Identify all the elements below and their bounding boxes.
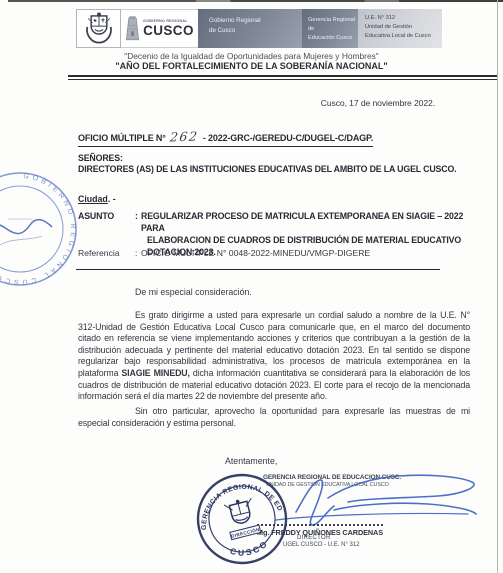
left-stamp-signature-stroke xyxy=(0,220,52,234)
body-paragraph-1: Es grato dirigirme a usted para expresar… xyxy=(78,310,470,403)
reference-divider xyxy=(76,269,440,270)
date-line: Cusco, 17 de noviembre 2022. xyxy=(0,98,435,108)
header-divider xyxy=(68,75,497,80)
ugel-box-line1: U.E. N° 312 xyxy=(365,14,442,23)
left-round-stamp: GOBIERNO REGIONAL CUSCO xyxy=(0,163,90,295)
cusco-regional-logo: GOBIERNO REGIONAL CUSCO xyxy=(121,9,198,48)
svg-text:CUSCO: CUSCO xyxy=(227,537,272,562)
subject-line1: REGULARIZAR PROCESO DE MATRICULA EXTEMPO… xyxy=(141,210,478,234)
header-box-gobierno-regional: Gobierno Regional de Cusco xyxy=(198,9,302,48)
oficio-suffix: - 2022-GRC-/GEREDU-C/DUGEL-C/DAGP. xyxy=(203,133,373,143)
gobierno-box-line1: Gobierno Regional xyxy=(209,16,302,26)
cusco-tower-icon xyxy=(125,15,140,42)
reference-text: OFICIO MÚLTIPLE N° 0048-2022-MINEDU/VMGP… xyxy=(141,248,370,259)
ugel-box-line2: Unidad de Gestión xyxy=(365,23,442,32)
seal-arc-bottom-text: CUSCO xyxy=(227,537,272,562)
motto-decenio: "Decenio de la Igualdad de Oportunidades… xyxy=(0,51,503,61)
peru-coat-of-arms-icon xyxy=(83,12,115,45)
gerencia-box-line1: Gerencia Regional de xyxy=(308,16,358,34)
oficio-handwritten-number: 262 xyxy=(167,128,201,144)
seal-center-text: DIRECCIÓN xyxy=(230,525,260,539)
p1-bold-siagie: SIAGIE MINEDU, xyxy=(121,368,189,378)
cusco-logo-text: GOBIERNO REGIONAL CUSCO xyxy=(143,20,194,37)
oficio-prefix: OFICIO MÚLTIPLE N° xyxy=(78,133,166,143)
peru-coat-of-arms-box xyxy=(76,9,121,48)
ugel-box-line3: Educativa Local de Cusco xyxy=(365,32,442,41)
header-box-ugel: U.E. N° 312 Unidad de Gestión Educativa … xyxy=(358,9,442,48)
recipients-salutation: SEÑORES: xyxy=(78,153,123,163)
scanned-letter-page: GOBIERNO REGIONAL CUSCO Gobierno Regiona… xyxy=(0,0,503,573)
cusco-logo-main-label: CUSCO xyxy=(143,24,194,38)
recipients-line: DIRECTORES (AS) DE LAS INSTITUCIONES EDU… xyxy=(78,164,456,174)
signatory-title: DIRECTOR xyxy=(297,535,331,541)
gobierno-box-line2: de Cusco xyxy=(209,26,302,36)
header-box-gerencia-educacion: Gerencia Regional de Educación Cusco xyxy=(302,9,358,48)
city-rest: . - xyxy=(108,194,116,204)
motto-anio: "AÑO DEL FORTALECIMIENTO DE LA SOBERANÍA… xyxy=(0,61,503,71)
oficio-number-line: OFICIO MÚLTIPLE N° 262 - 2022-GRC-/GERED… xyxy=(78,129,373,147)
handwritten-signature xyxy=(268,468,488,530)
seal-coat-of-arms-icon xyxy=(224,496,257,526)
gerencia-box-line2: Educación Cusco xyxy=(308,34,358,43)
greeting-line: De mi especial consideración. xyxy=(78,287,252,297)
scan-artifact-right-line xyxy=(497,0,498,573)
scan-artifact-top-line xyxy=(8,0,503,2)
reference-block: Referencia : OFICIO MÚLTIPLE N° 0048-202… xyxy=(78,248,478,259)
body-paragraph-2: Sin otro particular, aprovecho la oportu… xyxy=(78,406,470,429)
